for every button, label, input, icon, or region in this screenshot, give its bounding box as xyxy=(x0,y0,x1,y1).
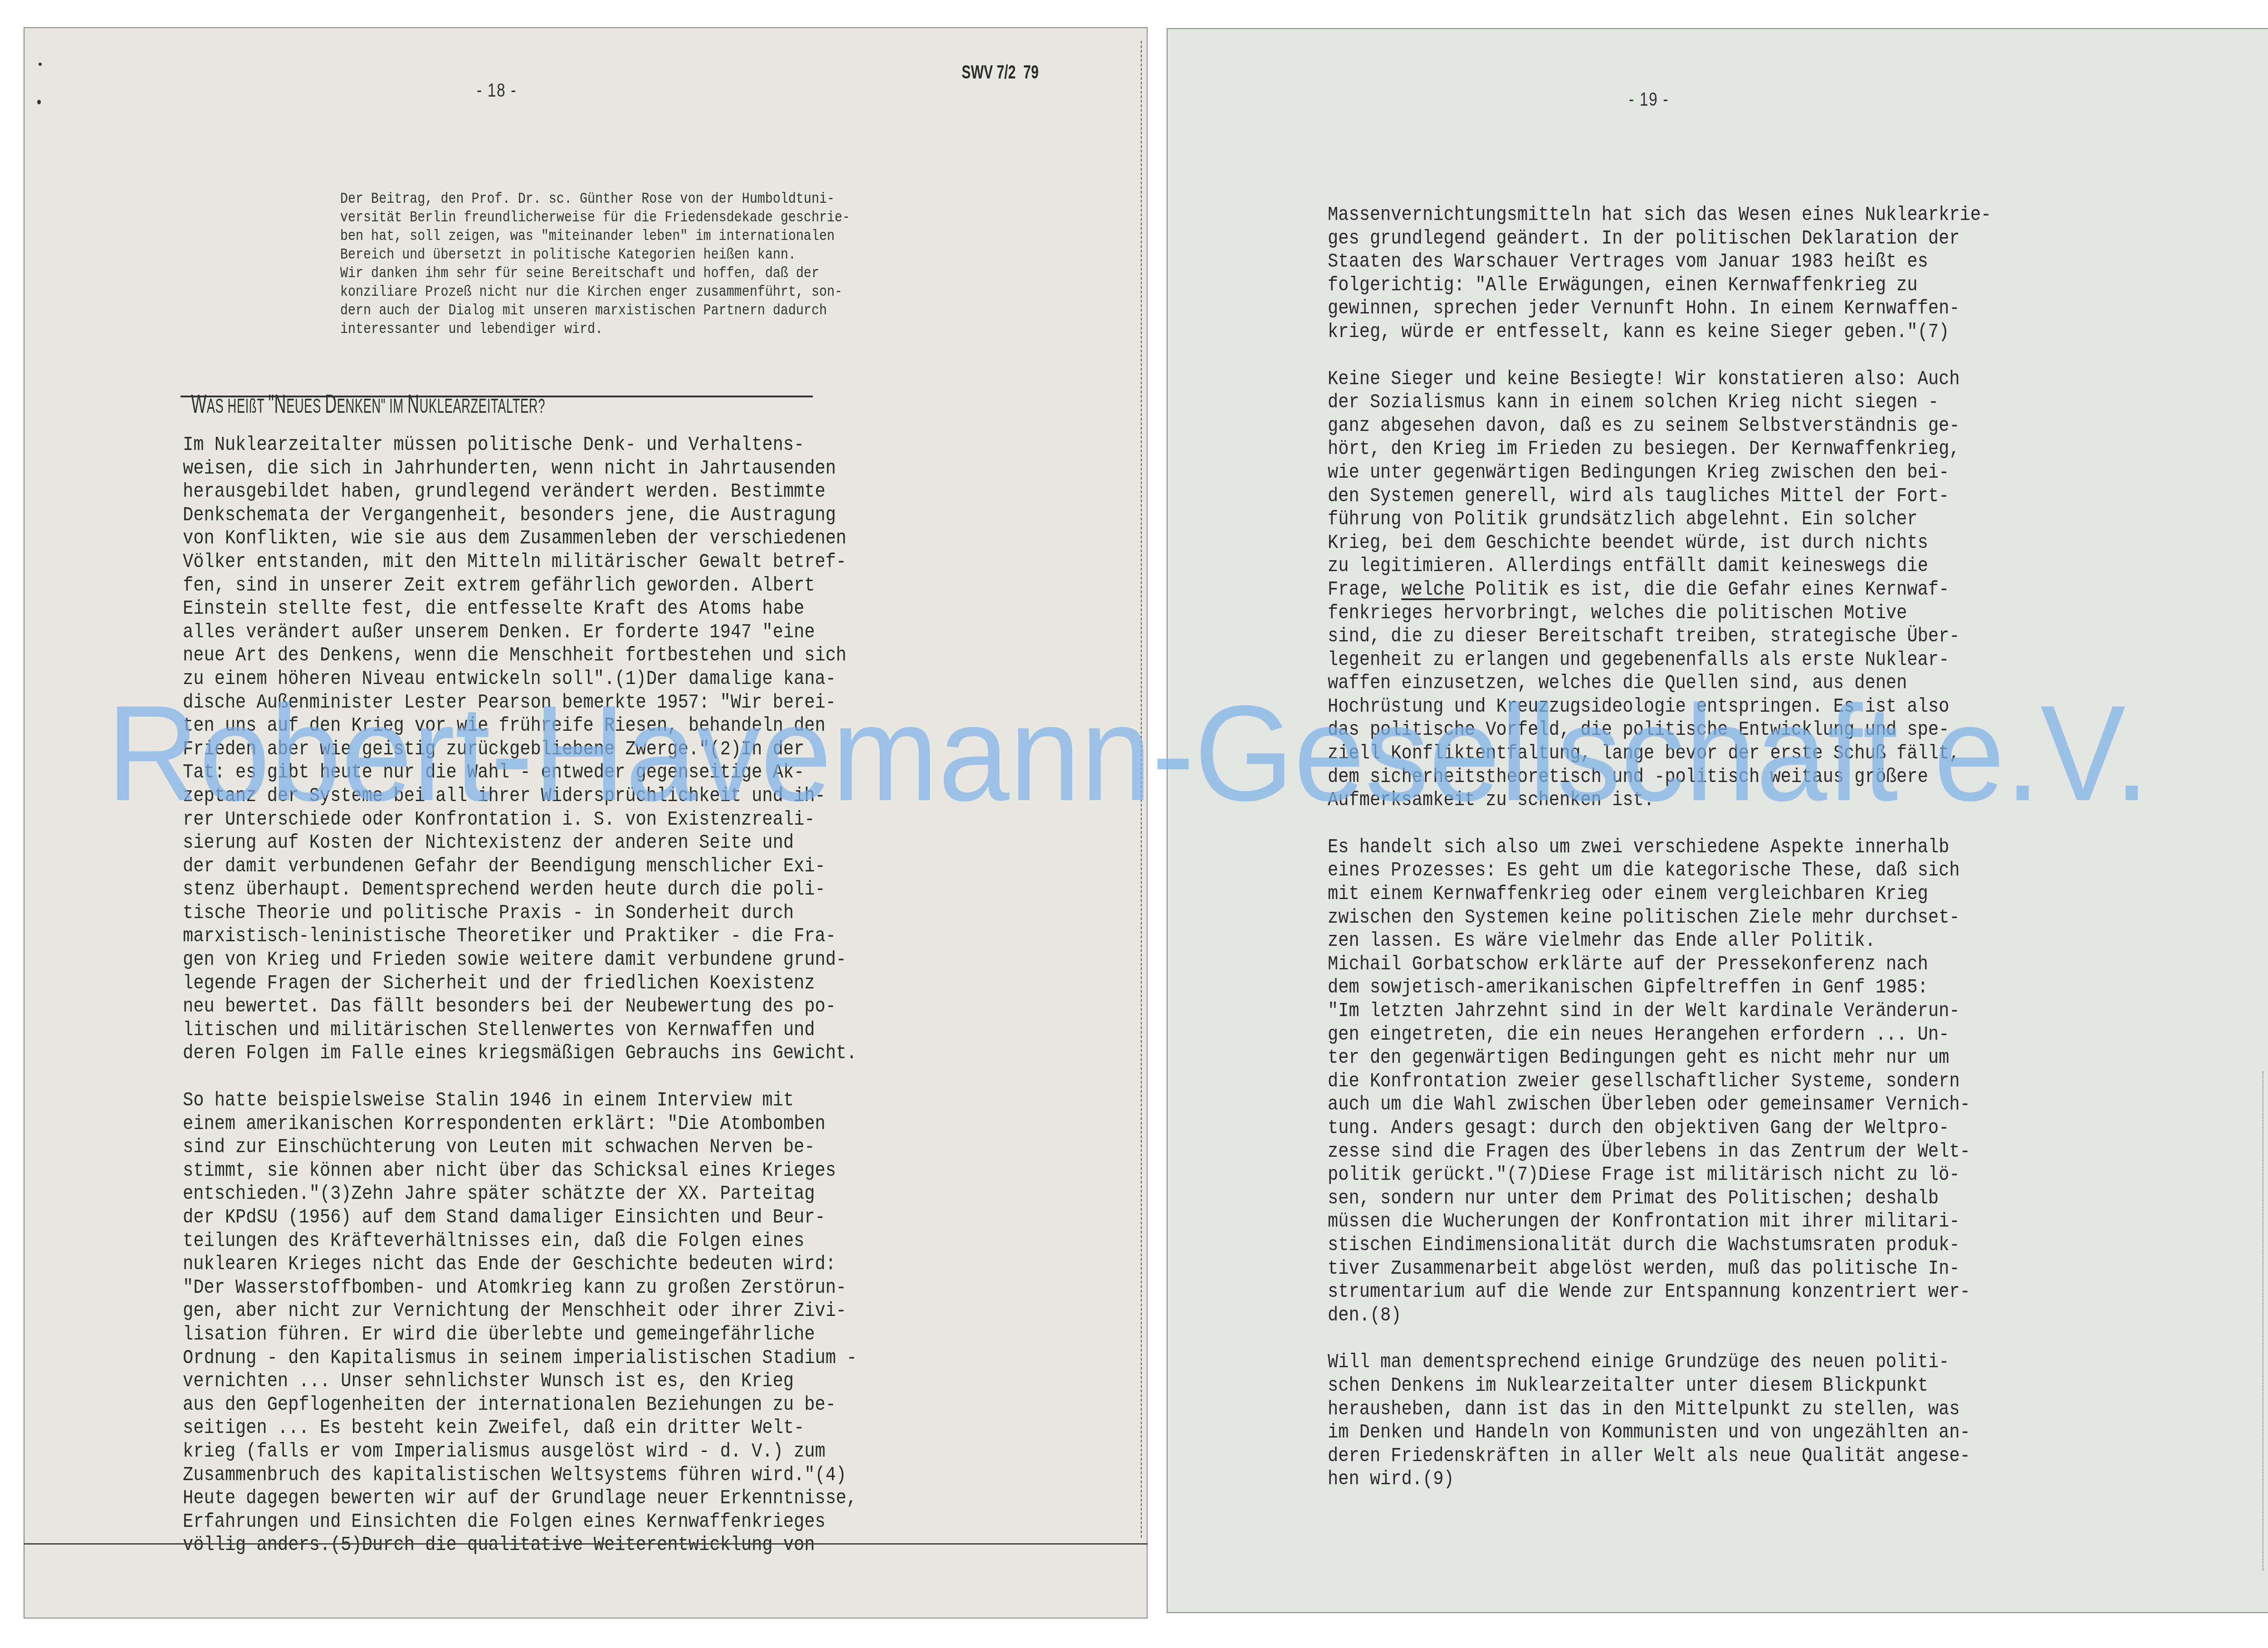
page-number-18: - 18 - xyxy=(477,79,517,101)
text-line: legenheit zu erlangen und gegebenenfalls… xyxy=(1328,648,1991,672)
text-line: herausgebildet haben, grundlegend veränd… xyxy=(183,480,857,504)
text-line: Es handelt sich also um zwei verschieden… xyxy=(1328,836,1991,859)
text-line: ges grundlegend geändert. In der politis… xyxy=(1328,227,1991,250)
text-line: rer Unterschiede oder Konfrontation i. S… xyxy=(183,808,857,831)
text-line: dem sowjetisch-amerikanischen Gipfeltref… xyxy=(1328,976,1991,999)
text-line: entschieden."(3)Zehn Jahre später schätz… xyxy=(183,1182,857,1206)
text-line: ganz abgesehen davon, daß es zu seinem S… xyxy=(1328,414,1991,438)
heading-text: W xyxy=(191,389,207,419)
heading-text: "N xyxy=(268,389,286,419)
text-line: dische Außenminister Lester Pearson beme… xyxy=(183,691,857,714)
text-line: deren Friedenskräften in aller Welt als … xyxy=(1328,1444,1991,1468)
text-line: Hochrüstung und Kreuzzugsideologie entsp… xyxy=(1328,695,1991,719)
text-line: gewinnen, sprechen jeder Vernunft Hohn. … xyxy=(1328,297,1991,320)
text-line: strumentarium auf die Wende zur Entspann… xyxy=(1328,1280,1991,1304)
paragraph-gap xyxy=(1328,1327,1991,1350)
archive-stamp: SWV 7/2 79 xyxy=(962,61,1039,83)
text-line: alles verändert außer unserem Denken. Er… xyxy=(183,621,857,644)
intro-line: interessanter und lebendiger wird. xyxy=(340,320,850,338)
paragraph-gap xyxy=(1328,344,1991,367)
underlined-word: welche xyxy=(1402,578,1465,601)
text-line: gen von Krieg und Frieden sowie weitere … xyxy=(183,948,857,972)
text-line: der KPdSU (1956) auf dem Stand damaliger… xyxy=(183,1206,857,1229)
text-line: tische Theorie und politische Praxis - i… xyxy=(183,901,857,925)
text-line: der Sozialismus kann in einem solchen Kr… xyxy=(1328,391,1991,414)
paragraph-gap xyxy=(183,1065,857,1089)
text-line: zu einem höheren Niveau entwickeln soll"… xyxy=(183,667,857,691)
text-line: Michail Gorbatschow erklärte auf der Pre… xyxy=(1328,953,1991,976)
left-body-text: Im Nuklearzeitalter müssen politische De… xyxy=(183,433,857,1557)
page-bottom-rule xyxy=(24,1543,1148,1545)
text-line: Erfahrungen und Einsichten die Folgen ei… xyxy=(183,1510,857,1534)
text-line: nuklearen Krieges nicht das Ende der Ges… xyxy=(183,1252,857,1276)
text-line: krieg (falls er vom Imperialismus ausgel… xyxy=(183,1440,857,1463)
text-line: mit einem Kernwaffenkrieg oder einem ver… xyxy=(1328,882,1991,906)
text-line: zeptanz der Systeme bei all ihrer Widers… xyxy=(183,784,857,808)
text-line: einem amerikanischen Korrespondenten erk… xyxy=(183,1112,857,1136)
heading-text: ENKEN" IM xyxy=(337,395,407,417)
intro-line: Der Beitrag, den Prof. Dr. sc. Günther R… xyxy=(340,190,850,208)
scan-speck xyxy=(37,100,41,104)
right-body-text: Massenvernichtungsmitteln hat sich das W… xyxy=(1328,203,1991,1491)
text-line: Frieden aber wie geistig zurückgeblieben… xyxy=(183,738,857,761)
text-line: "Im letzten Jahrzehnt sind in der Welt k… xyxy=(1328,999,1991,1023)
text-line: "Der Wasserstoffbomben- und Atomkrieg ka… xyxy=(183,1276,857,1300)
text-line: tiver Zusammenarbeit abgelöst werden, mu… xyxy=(1328,1257,1991,1281)
margin-line xyxy=(1141,41,1142,1538)
text-line: Einstein stellte fest, die entfesselte K… xyxy=(183,597,857,621)
heading-text: UKLEARZEITALTER? xyxy=(420,395,545,417)
text-line: Im Nuklearzeitalter müssen politische De… xyxy=(183,433,857,457)
text-line: zen lassen. Es wäre vielmehr das Ende al… xyxy=(1328,929,1991,953)
text-line: zu legitimieren. Allerdings entfällt dam… xyxy=(1328,554,1991,578)
text-line: neu bewertet. Das fällt besonders bei de… xyxy=(183,995,857,1018)
heading-text: AS HEIßT xyxy=(207,395,268,417)
text-line: im Denken und Handeln von Kommunisten un… xyxy=(1328,1421,1991,1444)
text-line: zwischen den Systemen keine politischen … xyxy=(1328,906,1991,929)
intro-line: versität Berlin freundlicherweise für di… xyxy=(340,208,850,227)
heading-text: N xyxy=(407,389,420,419)
text-line: Denkschemata der Vergangenheit, besonder… xyxy=(183,504,857,527)
text-line: völlig anders.(5)Durch die qualitative W… xyxy=(183,1533,857,1557)
paragraph-gap xyxy=(1328,812,1991,836)
article-heading: WAS HEIßT "NEUES DENKEN" IM NUKLEARZEITA… xyxy=(181,358,545,419)
text-line: Will man dementsprechend einige Grundzüg… xyxy=(1328,1350,1991,1374)
text-line: Keine Sieger und keine Besiegte! Wir kon… xyxy=(1328,367,1991,391)
text-line: wie unter gegenwärtigen Bedingungen Krie… xyxy=(1328,461,1991,484)
text-line: litischen und militärischen Stellenwerte… xyxy=(183,1018,857,1042)
text-line: eines Prozesses: Es geht um die kategori… xyxy=(1328,859,1991,882)
text-line: seitigen ... Es besteht kein Zweifel, da… xyxy=(183,1416,857,1440)
text-line: stischen Eindimensionalität durch die Wa… xyxy=(1328,1233,1991,1257)
text-line: ziell Konfliktentfaltung, lange bevor de… xyxy=(1328,742,1991,765)
text-line: herausheben, dann ist das in den Mittelp… xyxy=(1328,1398,1991,1421)
text-line: sierung auf Kosten der Nichtexistenz der… xyxy=(183,831,857,855)
text-line: fenkrieges hervorbringt, welches die pol… xyxy=(1328,601,1991,625)
intro-line: Wir danken ihm sehr für seine Bereitscha… xyxy=(340,264,850,283)
text-line: gen, aber nicht zur Vernichtung der Mens… xyxy=(183,1299,857,1323)
heading-text: EUES xyxy=(286,395,325,417)
text-line: Ordnung - den Kapitalismus in seinem imp… xyxy=(183,1346,857,1370)
text-line: dem sicherheitstheoretisch und -politisc… xyxy=(1328,765,1991,789)
text-line: gen eingetreten, die ein neues Herangehe… xyxy=(1328,1023,1991,1047)
text-line: Massenvernichtungsmitteln hat sich das W… xyxy=(1328,203,1991,227)
text-line: Krieg, bei dem Geschichte beendet würde,… xyxy=(1328,531,1991,555)
scan-speck xyxy=(39,63,42,66)
text-line: waffen einzusetzen, welches die Quellen … xyxy=(1328,671,1991,695)
text-line: von Konflikten, wie sie aus dem Zusammen… xyxy=(183,527,857,550)
text-line: deren Folgen im Falle eines kriegsmäßige… xyxy=(183,1042,857,1065)
text-line: teilungen des Kräfteverhältnisses ein, d… xyxy=(183,1229,857,1253)
margin-line xyxy=(2263,1071,2263,1570)
text-line: auch um die Wahl zwischen Überleben oder… xyxy=(1328,1093,1991,1116)
text-line: stenz überhaupt. Dementsprechend werden … xyxy=(183,878,857,901)
editorial-intro: Der Beitrag, den Prof. Dr. sc. Günther R… xyxy=(340,190,850,338)
intro-line: ben hat, soll zeigen, was "miteinander l… xyxy=(340,227,850,245)
text-line: lisation führen. Er wird die überlebte u… xyxy=(183,1323,857,1346)
text-line: sind zur Einschüchterung von Leuten mit … xyxy=(183,1135,857,1159)
text-line: den Systemen generell, wird als tauglich… xyxy=(1328,484,1991,508)
text-line: stimmt, sie können aber nicht über das S… xyxy=(183,1159,857,1183)
text-line: aus den Gepflogenheiten der internationa… xyxy=(183,1393,857,1417)
text-line: krieg, würde er entfesselt, kann es kein… xyxy=(1328,320,1991,344)
text-line: ter den gegenwärtigen Bedingungen geht e… xyxy=(1328,1046,1991,1070)
text-line: tung. Anders gesagt: durch den objektive… xyxy=(1328,1116,1991,1140)
text-line: schen Denkens im Nuklearzeitalter unter … xyxy=(1328,1374,1991,1398)
intro-line: dern auch der Dialog mit unseren marxist… xyxy=(340,301,850,320)
text-line: sen, sondern nur unter dem Primat des Po… xyxy=(1328,1187,1991,1210)
text-line: die Konfrontation zweier gesellschaftlic… xyxy=(1328,1070,1991,1093)
page-number-19: - 19 - xyxy=(1629,88,1669,110)
heading-text: D xyxy=(325,389,337,419)
text-line: führung von Politik grundsätzlich abgele… xyxy=(1328,508,1991,531)
text-line: fen, sind in unserer Zeit extrem gefährl… xyxy=(183,574,857,597)
text-line: das politische Vorfeld, die politische E… xyxy=(1328,718,1991,742)
text-line: ten uns auf den Krieg vor wie frühreife … xyxy=(183,714,857,738)
intro-line: konziliare Prozeß nicht nur die Kirchen … xyxy=(340,283,850,301)
text-line: weisen, die sich in Jahrhunderten, wenn … xyxy=(183,457,857,480)
text-line: der damit verbundenen Gefahr der Beendig… xyxy=(183,855,857,878)
text-line: Zusammenbruch des kapitalistischen Welts… xyxy=(183,1463,857,1487)
text-line: legende Fragen der Sicherheit und der fr… xyxy=(183,972,857,995)
text-line: den.(8) xyxy=(1328,1304,1991,1327)
text-line: müssen die Wucherungen der Konfrontation… xyxy=(1328,1210,1991,1233)
text-line: Frage, welche Politik es ist, die die Ge… xyxy=(1328,578,1991,601)
text-line: Tat: es gibt heute nur die Wahl - entwed… xyxy=(183,761,857,784)
text-line: neue Art des Denkens, wenn die Menschhei… xyxy=(183,644,857,667)
heading-underline xyxy=(181,396,813,397)
text-line: hört, den Krieg im Frieden zu besiegen. … xyxy=(1328,437,1991,461)
text-line: marxistisch-leninistische Theoretiker un… xyxy=(183,924,857,948)
text-line: vernichten ... Unser sehnlichster Wunsch… xyxy=(183,1369,857,1393)
text-line: hen wird.(9) xyxy=(1328,1467,1991,1491)
text-line: Staaten des Warschauer Vertrages vom Jan… xyxy=(1328,250,1991,274)
text-line: politik gerückt."(7)Diese Frage ist mili… xyxy=(1328,1163,1991,1187)
intro-line: Bereich und übersetzt in politische Kate… xyxy=(340,245,850,264)
text-line: folgerichtig: "Alle Erwägungen, einen Ke… xyxy=(1328,274,1991,297)
text-line: zesse sind die Fragen des Überlebens in … xyxy=(1328,1140,1991,1164)
text-line: Aufmerksamkeit zu schenken ist. xyxy=(1328,788,1991,812)
text-line: So hatte beispielsweise Stalin 1946 in e… xyxy=(183,1089,857,1112)
text-fragment: Frage, xyxy=(1328,578,1402,601)
text-fragment: Politik es ist, die die Gefahr eines Ker… xyxy=(1465,578,1949,601)
text-line: Völker entstanden, mit den Mitteln milit… xyxy=(183,550,857,574)
text-line: sind, die zu dieser Bereitschaft treiben… xyxy=(1328,625,1991,648)
text-line: Heute dagegen bewerten wir auf der Grund… xyxy=(183,1487,857,1510)
